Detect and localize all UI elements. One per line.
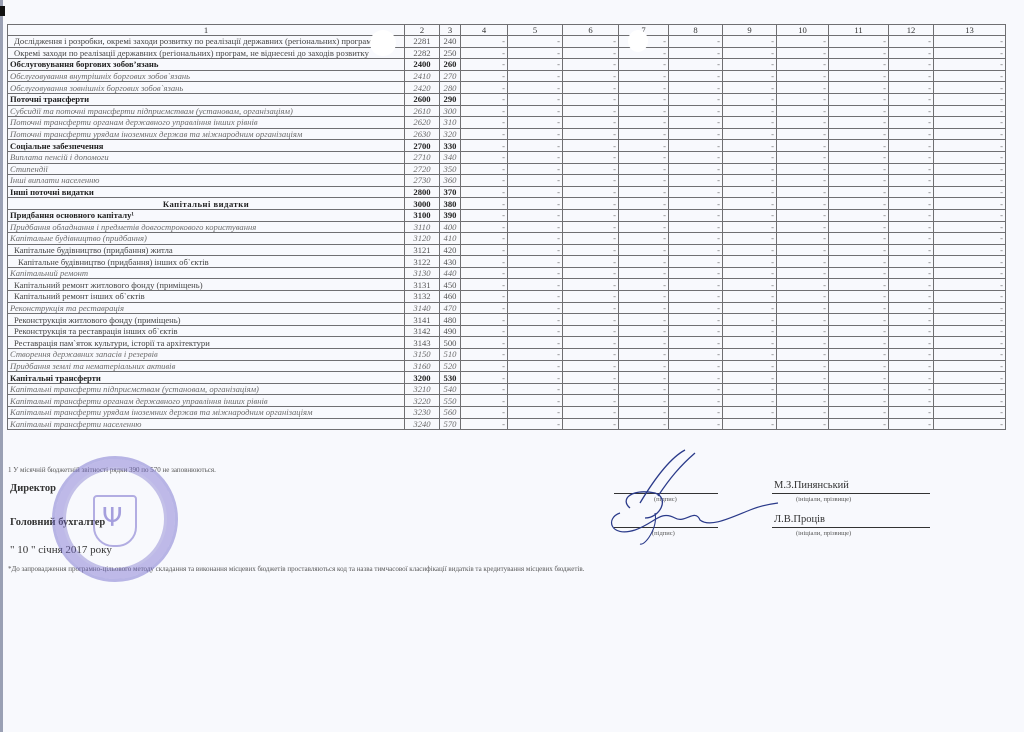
value-cell: - bbox=[461, 70, 508, 82]
value-cell: - bbox=[669, 198, 723, 210]
line-code: 500 bbox=[440, 337, 461, 349]
value-cell: - bbox=[777, 70, 829, 82]
value-cell: - bbox=[669, 418, 723, 430]
row-label: Капітальні трансферти населенню bbox=[8, 418, 405, 430]
row-label: Капітальне будівництво (придбання) bbox=[8, 233, 405, 245]
value-cell: - bbox=[829, 186, 889, 198]
value-cell: - bbox=[777, 59, 829, 71]
value-cell: - bbox=[508, 349, 563, 361]
value-cell: - bbox=[508, 36, 563, 48]
value-cell: - bbox=[777, 302, 829, 314]
value-cell: - bbox=[563, 302, 619, 314]
value-cell: - bbox=[563, 105, 619, 117]
table-row: Придбання землі та нематеріальних активі… bbox=[8, 360, 1006, 372]
value-cell: - bbox=[669, 360, 723, 372]
value-cell: - bbox=[619, 325, 669, 337]
value-cell: - bbox=[934, 117, 1006, 129]
row-label: Обслуговування внутрішніх боргових зобов… bbox=[8, 70, 405, 82]
value-cell: - bbox=[461, 175, 508, 187]
value-cell: - bbox=[461, 279, 508, 291]
value-cell: - bbox=[508, 325, 563, 337]
value-cell: - bbox=[829, 209, 889, 221]
line-code: 410 bbox=[440, 233, 461, 245]
line-code: 390 bbox=[440, 209, 461, 221]
kekv-code: 2620 bbox=[405, 117, 440, 129]
value-cell: - bbox=[889, 256, 934, 268]
accountant-name-line bbox=[772, 527, 930, 528]
column-header: 3 bbox=[440, 25, 461, 36]
value-cell: - bbox=[619, 395, 669, 407]
value-cell: - bbox=[934, 291, 1006, 303]
value-cell: - bbox=[723, 163, 777, 175]
value-cell: - bbox=[619, 349, 669, 361]
line-code: 420 bbox=[440, 244, 461, 256]
trident-icon: Ψ bbox=[102, 503, 122, 533]
value-cell: - bbox=[934, 279, 1006, 291]
value-cell: - bbox=[669, 395, 723, 407]
value-cell: - bbox=[619, 82, 669, 94]
value-cell: - bbox=[619, 291, 669, 303]
value-cell: - bbox=[508, 151, 563, 163]
value-cell: - bbox=[563, 163, 619, 175]
column-header: 2 bbox=[405, 25, 440, 36]
value-cell: - bbox=[619, 221, 669, 233]
row-label: Окремі заходи по реалізації державних (р… bbox=[8, 47, 405, 59]
value-cell: - bbox=[669, 279, 723, 291]
value-cell: - bbox=[669, 233, 723, 245]
row-label: Створення державних запасів і резервів bbox=[8, 349, 405, 361]
value-cell: - bbox=[508, 163, 563, 175]
line-code: 550 bbox=[440, 395, 461, 407]
kekv-code: 3000 bbox=[405, 198, 440, 210]
value-cell: - bbox=[669, 407, 723, 419]
value-cell: - bbox=[934, 349, 1006, 361]
line-code: 280 bbox=[440, 82, 461, 94]
value-cell: - bbox=[461, 151, 508, 163]
kekv-code: 3210 bbox=[405, 383, 440, 395]
line-code: 380 bbox=[440, 198, 461, 210]
value-cell: - bbox=[723, 140, 777, 152]
value-cell: - bbox=[563, 383, 619, 395]
value-cell: - bbox=[563, 233, 619, 245]
value-cell: - bbox=[934, 93, 1006, 105]
table-row: Стипендії2720350---------- bbox=[8, 163, 1006, 175]
column-header: 9 bbox=[723, 25, 777, 36]
value-cell: - bbox=[508, 209, 563, 221]
value-cell: - bbox=[934, 105, 1006, 117]
value-cell: - bbox=[723, 151, 777, 163]
value-cell: - bbox=[563, 140, 619, 152]
value-cell: - bbox=[934, 70, 1006, 82]
value-cell: - bbox=[723, 360, 777, 372]
table-row: Капітальне будівництво (придбання) інших… bbox=[8, 256, 1006, 268]
value-cell: - bbox=[508, 70, 563, 82]
value-cell: - bbox=[777, 360, 829, 372]
value-cell: - bbox=[723, 267, 777, 279]
value-cell: - bbox=[563, 59, 619, 71]
row-label: Реставрація пам`яток культури, історії т… bbox=[8, 337, 405, 349]
value-cell: - bbox=[461, 221, 508, 233]
value-cell: - bbox=[829, 233, 889, 245]
value-cell: - bbox=[619, 383, 669, 395]
kekv-code: 2600 bbox=[405, 93, 440, 105]
value-cell: - bbox=[619, 233, 669, 245]
value-cell: - bbox=[889, 291, 934, 303]
value-cell: - bbox=[723, 314, 777, 326]
line-code: 430 bbox=[440, 256, 461, 268]
table-row: Капітальний ремонт житлового фонду (прим… bbox=[8, 279, 1006, 291]
value-cell: - bbox=[508, 221, 563, 233]
value-cell: - bbox=[563, 291, 619, 303]
value-cell: - bbox=[461, 302, 508, 314]
value-cell: - bbox=[889, 279, 934, 291]
row-label: Капітальні трансферти урядам іноземних д… bbox=[8, 407, 405, 419]
value-cell: - bbox=[777, 407, 829, 419]
kekv-code: 3122 bbox=[405, 256, 440, 268]
value-cell: - bbox=[669, 128, 723, 140]
value-cell: - bbox=[889, 175, 934, 187]
line-code: 520 bbox=[440, 360, 461, 372]
table-row: Капітальні видатки3000380---------- bbox=[8, 198, 1006, 210]
row-label: Інші виплати населенню bbox=[8, 175, 405, 187]
value-cell: - bbox=[889, 383, 934, 395]
value-cell: - bbox=[563, 337, 619, 349]
value-cell: - bbox=[563, 175, 619, 187]
value-cell: - bbox=[723, 105, 777, 117]
value-cell: - bbox=[777, 372, 829, 384]
value-cell: - bbox=[889, 302, 934, 314]
value-cell: - bbox=[669, 256, 723, 268]
row-label: Поточні трансферти органам державного уп… bbox=[8, 117, 405, 129]
value-cell: - bbox=[934, 267, 1006, 279]
value-cell: - bbox=[777, 82, 829, 94]
value-cell: - bbox=[619, 140, 669, 152]
value-cell: - bbox=[934, 407, 1006, 419]
value-cell: - bbox=[723, 302, 777, 314]
value-cell: - bbox=[563, 151, 619, 163]
value-cell: - bbox=[889, 151, 934, 163]
value-cell: - bbox=[669, 302, 723, 314]
value-cell: - bbox=[889, 59, 934, 71]
value-cell: - bbox=[889, 221, 934, 233]
value-cell: - bbox=[934, 418, 1006, 430]
line-code: 440 bbox=[440, 267, 461, 279]
row-label: Субсидії та поточні трансферти підприємс… bbox=[8, 105, 405, 117]
row-label: Капітальний ремонт bbox=[8, 267, 405, 279]
value-cell: - bbox=[669, 337, 723, 349]
line-code: 570 bbox=[440, 418, 461, 430]
value-cell: - bbox=[723, 395, 777, 407]
table-row: Придбання обладнання і предметів довгост… bbox=[8, 221, 1006, 233]
table-row: Поточні трансферти2600290---------- bbox=[8, 93, 1006, 105]
value-cell: - bbox=[723, 291, 777, 303]
line-code: 350 bbox=[440, 163, 461, 175]
value-cell: - bbox=[619, 337, 669, 349]
value-cell: - bbox=[619, 267, 669, 279]
value-cell: - bbox=[619, 175, 669, 187]
value-cell: - bbox=[669, 47, 723, 59]
kekv-code: 2630 bbox=[405, 128, 440, 140]
value-cell: - bbox=[934, 209, 1006, 221]
value-cell: - bbox=[461, 47, 508, 59]
value-cell: - bbox=[461, 314, 508, 326]
row-label: Капітальний ремонт інших об`єктів bbox=[8, 291, 405, 303]
kekv-code: 2800 bbox=[405, 186, 440, 198]
value-cell: - bbox=[934, 337, 1006, 349]
value-cell: - bbox=[777, 349, 829, 361]
value-cell: - bbox=[461, 198, 508, 210]
value-cell: - bbox=[461, 82, 508, 94]
table-row: Обслуговування зовнішніх боргових зобов`… bbox=[8, 82, 1006, 94]
value-cell: - bbox=[669, 186, 723, 198]
value-cell: - bbox=[563, 36, 619, 48]
value-cell: - bbox=[508, 302, 563, 314]
value-cell: - bbox=[723, 372, 777, 384]
value-cell: - bbox=[829, 151, 889, 163]
value-cell: - bbox=[619, 256, 669, 268]
value-cell: - bbox=[777, 267, 829, 279]
row-label: Придбання землі та нематеріальних активі… bbox=[8, 360, 405, 372]
value-cell: - bbox=[669, 163, 723, 175]
kekv-code: 3143 bbox=[405, 337, 440, 349]
row-label: Капітальні трансферти bbox=[8, 372, 405, 384]
value-cell: - bbox=[777, 128, 829, 140]
table-row: Капітальні трансферти органам державного… bbox=[8, 395, 1006, 407]
line-code: 300 bbox=[440, 105, 461, 117]
value-cell: - bbox=[508, 128, 563, 140]
row-label: Придбання основного капіталу¹ bbox=[8, 209, 405, 221]
value-cell: - bbox=[461, 256, 508, 268]
value-cell: - bbox=[777, 93, 829, 105]
value-cell: - bbox=[461, 128, 508, 140]
value-cell: - bbox=[723, 244, 777, 256]
column-header: 13 bbox=[934, 25, 1006, 36]
value-cell: - bbox=[461, 186, 508, 198]
value-cell: - bbox=[934, 175, 1006, 187]
value-cell: - bbox=[829, 140, 889, 152]
value-cell: - bbox=[563, 117, 619, 129]
kekv-code: 2282 bbox=[405, 47, 440, 59]
value-cell: - bbox=[829, 372, 889, 384]
value-cell: - bbox=[829, 314, 889, 326]
value-cell: - bbox=[723, 209, 777, 221]
table-row: Придбання основного капіталу¹3100390----… bbox=[8, 209, 1006, 221]
kekv-code: 2420 bbox=[405, 82, 440, 94]
value-cell: - bbox=[829, 163, 889, 175]
column-header: 12 bbox=[889, 25, 934, 36]
value-cell: - bbox=[508, 383, 563, 395]
value-cell: - bbox=[508, 175, 563, 187]
value-cell: - bbox=[889, 349, 934, 361]
value-cell: - bbox=[723, 128, 777, 140]
table-row: Капітальний ремонт інших об`єктів3132460… bbox=[8, 291, 1006, 303]
line-code: 450 bbox=[440, 279, 461, 291]
value-cell: - bbox=[889, 93, 934, 105]
value-cell: - bbox=[461, 244, 508, 256]
value-cell: - bbox=[829, 128, 889, 140]
kekv-code: 3200 bbox=[405, 372, 440, 384]
value-cell: - bbox=[508, 407, 563, 419]
value-cell: - bbox=[461, 418, 508, 430]
table-row: Соціальне забезпечення2700330---------- bbox=[8, 140, 1006, 152]
value-cell: - bbox=[889, 186, 934, 198]
table-row: Реконструкція житлового фонду (приміщень… bbox=[8, 314, 1006, 326]
value-cell: - bbox=[889, 372, 934, 384]
value-cell: - bbox=[829, 407, 889, 419]
kekv-code: 3150 bbox=[405, 349, 440, 361]
director-label: Директор bbox=[10, 483, 56, 494]
table-row: Реконструкція та реставрація3140470-----… bbox=[8, 302, 1006, 314]
value-cell: - bbox=[889, 267, 934, 279]
value-cell: - bbox=[777, 418, 829, 430]
value-cell: - bbox=[723, 325, 777, 337]
value-cell: - bbox=[829, 105, 889, 117]
value-cell: - bbox=[508, 47, 563, 59]
value-cell: - bbox=[619, 407, 669, 419]
row-label: Капітальне будівництво (придбання) інших… bbox=[8, 256, 405, 268]
value-cell: - bbox=[829, 175, 889, 187]
value-cell: - bbox=[563, 128, 619, 140]
value-cell: - bbox=[563, 186, 619, 198]
value-cell: - bbox=[777, 233, 829, 245]
value-cell: - bbox=[461, 233, 508, 245]
table-row: Субсидії та поточні трансферти підприємс… bbox=[8, 105, 1006, 117]
kekv-code: 3131 bbox=[405, 279, 440, 291]
value-cell: - bbox=[508, 244, 563, 256]
value-cell: - bbox=[669, 151, 723, 163]
budget-expenditure-table: 12345678910111213Дослідження і розробки,… bbox=[7, 24, 1006, 430]
value-cell: - bbox=[508, 198, 563, 210]
value-cell: - bbox=[829, 198, 889, 210]
value-cell: - bbox=[669, 325, 723, 337]
value-cell: - bbox=[619, 70, 669, 82]
value-cell: - bbox=[563, 349, 619, 361]
value-cell: - bbox=[669, 117, 723, 129]
line-code: 270 bbox=[440, 70, 461, 82]
value-cell: - bbox=[619, 418, 669, 430]
value-cell: - bbox=[508, 93, 563, 105]
line-code: 480 bbox=[440, 314, 461, 326]
value-cell: - bbox=[669, 36, 723, 48]
value-cell: - bbox=[889, 233, 934, 245]
row-label: Реконструкція та реставрація bbox=[8, 302, 405, 314]
value-cell: - bbox=[619, 151, 669, 163]
value-cell: - bbox=[508, 267, 563, 279]
value-cell: - bbox=[829, 383, 889, 395]
value-cell: - bbox=[829, 221, 889, 233]
value-cell: - bbox=[619, 93, 669, 105]
value-cell: - bbox=[669, 140, 723, 152]
line-code: 240 bbox=[440, 36, 461, 48]
value-cell: - bbox=[563, 279, 619, 291]
value-cell: - bbox=[829, 360, 889, 372]
value-cell: - bbox=[889, 209, 934, 221]
row-label: Обслуговування боргових зобов’язань bbox=[8, 59, 405, 71]
row-label: Реконструкція житлового фонду (приміщень… bbox=[8, 314, 405, 326]
value-cell: - bbox=[889, 407, 934, 419]
value-cell: - bbox=[563, 418, 619, 430]
line-code: 530 bbox=[440, 372, 461, 384]
value-cell: - bbox=[889, 47, 934, 59]
value-cell: - bbox=[461, 360, 508, 372]
value-cell: - bbox=[934, 233, 1006, 245]
value-cell: - bbox=[829, 349, 889, 361]
value-cell: - bbox=[669, 209, 723, 221]
value-cell: - bbox=[619, 117, 669, 129]
scan-blot bbox=[628, 30, 648, 52]
value-cell: - bbox=[461, 163, 508, 175]
value-cell: - bbox=[777, 36, 829, 48]
value-cell: - bbox=[723, 418, 777, 430]
value-cell: - bbox=[508, 395, 563, 407]
value-cell: - bbox=[619, 372, 669, 384]
table-row: Обслуговування внутрішніх боргових зобов… bbox=[8, 70, 1006, 82]
value-cell: - bbox=[461, 372, 508, 384]
line-code: 400 bbox=[440, 221, 461, 233]
value-cell: - bbox=[829, 59, 889, 71]
line-code: 310 bbox=[440, 117, 461, 129]
line-code: 540 bbox=[440, 383, 461, 395]
value-cell: - bbox=[723, 383, 777, 395]
value-cell: - bbox=[723, 349, 777, 361]
line-code: 460 bbox=[440, 291, 461, 303]
value-cell: - bbox=[619, 302, 669, 314]
value-cell: - bbox=[889, 117, 934, 129]
value-cell: - bbox=[777, 279, 829, 291]
table-header-row: 12345678910111213 bbox=[8, 25, 1006, 36]
row-label: Поточні трансферти bbox=[8, 93, 405, 105]
table-row: Окремі заходи по реалізації державних (р… bbox=[8, 47, 1006, 59]
value-cell: - bbox=[563, 314, 619, 326]
value-cell: - bbox=[619, 186, 669, 198]
value-cell: - bbox=[889, 128, 934, 140]
value-cell: - bbox=[619, 360, 669, 372]
table-row: Поточні трансферти урядам іноземних держ… bbox=[8, 128, 1006, 140]
value-cell: - bbox=[829, 117, 889, 129]
kekv-code: 3141 bbox=[405, 314, 440, 326]
row-label: Дослідження і розробки, окремі заходи ро… bbox=[8, 36, 405, 48]
table-row: Дослідження і розробки, окремі заходи ро… bbox=[8, 36, 1006, 48]
row-label: Стипендії bbox=[8, 163, 405, 175]
value-cell: - bbox=[777, 175, 829, 187]
kekv-code: 3240 bbox=[405, 418, 440, 430]
kekv-code: 3110 bbox=[405, 221, 440, 233]
kekv-code: 3120 bbox=[405, 233, 440, 245]
value-cell: - bbox=[723, 337, 777, 349]
row-label: Виплата пенсій і допомоги bbox=[8, 151, 405, 163]
value-cell: - bbox=[889, 395, 934, 407]
kekv-code: 3140 bbox=[405, 302, 440, 314]
value-cell: - bbox=[777, 47, 829, 59]
row-label: Капітальний ремонт житлового фонду (прим… bbox=[8, 279, 405, 291]
value-cell: - bbox=[508, 291, 563, 303]
value-cell: - bbox=[563, 244, 619, 256]
value-cell: - bbox=[461, 349, 508, 361]
value-cell: - bbox=[563, 47, 619, 59]
value-cell: - bbox=[563, 372, 619, 384]
value-cell: - bbox=[777, 383, 829, 395]
value-cell: - bbox=[563, 198, 619, 210]
kekv-code: 2710 bbox=[405, 151, 440, 163]
row-label: Реконструкція та реставрація інших об`єк… bbox=[8, 325, 405, 337]
line-code: 330 bbox=[440, 140, 461, 152]
row-label: Придбання обладнання і предметів довгост… bbox=[8, 221, 405, 233]
value-cell: - bbox=[508, 117, 563, 129]
value-cell: - bbox=[777, 105, 829, 117]
director-name-caption: (ініціали, прізвище) bbox=[796, 496, 851, 503]
value-cell: - bbox=[461, 59, 508, 71]
value-cell: - bbox=[829, 256, 889, 268]
